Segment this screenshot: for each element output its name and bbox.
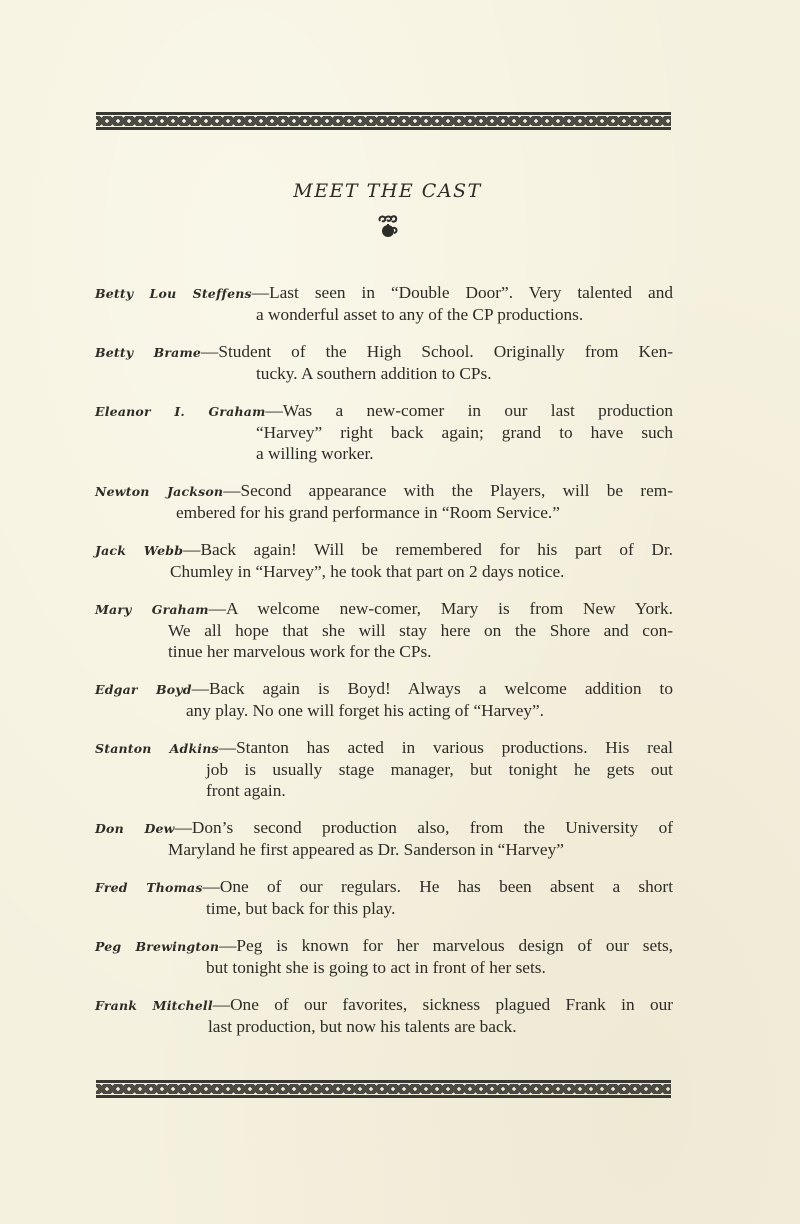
cast-entry-continuation-line: Maryland he first appeared as Dr. Sander… — [95, 839, 673, 860]
cast-member-description: Last seen in “Double Door”. Very talente… — [269, 283, 673, 302]
cast-list: Betty Lou Steffens—Last seen in “Double … — [95, 282, 673, 1053]
cast-member-description: a wonderful asset to any of the CP produ… — [256, 305, 583, 324]
cast-member-description: any play. No one will forget his acting … — [186, 701, 544, 720]
cast-entry: Frank Mitchell—One of our favorites, sic… — [95, 994, 673, 1037]
cast-entry-continuation-line: any play. No one will forget his acting … — [95, 700, 673, 721]
em-dash-separator: — — [266, 401, 283, 420]
cast-entry: Don Dew—Don’s second production also, fr… — [95, 817, 673, 860]
cast-member-name: Eleanor I. Graham — [95, 404, 266, 419]
cast-entry-first-line: Newton Jackson—Second appearance with th… — [95, 480, 673, 502]
cast-entry: Eleanor I. Graham—Was a new-comer in our… — [95, 400, 673, 464]
program-page: MEET THE CAST Betty Lou Steffens—Last se… — [0, 0, 800, 1224]
cast-member-name: Peg Brewington — [95, 939, 219, 954]
cast-member-description: Back again is Boyd! Always a welcome add… — [209, 679, 673, 698]
cast-entry: Mary Graham—A welcome new-comer, Mary is… — [95, 598, 673, 662]
top-decorative-border — [96, 112, 671, 130]
cast-entry-continuation-line: We all hope that she will stay here on t… — [95, 620, 673, 641]
cast-entry-first-line: Peg Brewington—Peg is known for her marv… — [95, 935, 673, 957]
cast-entry-continuation-line: tinue her marvelous work for the CPs. — [95, 641, 673, 662]
cast-entry-first-line: Fred Thomas—One of our regulars. He has … — [95, 876, 673, 898]
cast-member-description: “Harvey” right back again; grand to have… — [256, 423, 673, 442]
cast-entry-continuation-line: job is usually stage manager, but tonigh… — [95, 759, 673, 780]
cast-member-description: Student of the High School. Originally f… — [218, 342, 673, 361]
cast-entry: Betty Brame—Student of the High School. … — [95, 341, 673, 384]
em-dash-separator: — — [219, 738, 236, 757]
diamond-chain-ornament-icon — [96, 1084, 671, 1094]
em-dash-separator: — — [219, 936, 236, 955]
cast-entry-continuation-line: front again. — [95, 780, 673, 801]
cast-member-description: Stanton has acted in various productions… — [236, 738, 673, 757]
cast-member-name: Betty Brame — [95, 345, 201, 360]
cast-member-description: Peg is known for her marvelous design of… — [236, 936, 673, 955]
cast-member-description: tucky. A southern addition to CPs. — [256, 364, 492, 383]
cast-member-description: job is usually stage manager, but tonigh… — [206, 760, 673, 779]
em-dash-separator: — — [201, 342, 218, 361]
cast-member-description: We all hope that she will stay here on t… — [168, 621, 673, 640]
cast-member-description: Chumley in “Harvey”, he took that part o… — [170, 562, 564, 581]
border-rule — [96, 1095, 671, 1098]
em-dash-separator: — — [252, 283, 269, 302]
cast-entry: Jack Webb—Back again! Will be remembered… — [95, 539, 673, 582]
cast-member-description: front again. — [206, 781, 286, 800]
cast-entry-first-line: Betty Brame—Student of the High School. … — [95, 341, 673, 363]
cast-member-description: a willing worker. — [256, 444, 374, 463]
cast-member-description: One of our favorites, sickness plagued F… — [230, 995, 673, 1014]
cast-member-description: time, but back for this play. — [206, 899, 395, 918]
cast-member-name: Fred Thomas — [95, 880, 203, 895]
cast-member-description: Was a new-comer in our last production — [283, 401, 673, 420]
cast-entry-continuation-line: Chumley in “Harvey”, he took that part o… — [95, 561, 673, 582]
cast-entry: Fred Thomas—One of our regulars. He has … — [95, 876, 673, 919]
em-dash-separator: — — [223, 481, 240, 500]
cast-entry: Edgar Boyd—Back again is Boyd! Always a … — [95, 678, 673, 721]
cast-entry-first-line: Don Dew—Don’s second production also, fr… — [95, 817, 673, 839]
cast-member-name: Edgar Boyd — [95, 682, 192, 697]
bottom-decorative-border — [96, 1080, 671, 1098]
cast-entry-continuation-line: a wonderful asset to any of the CP produ… — [95, 304, 673, 325]
cast-member-description: Maryland he first appeared as Dr. Sander… — [168, 840, 564, 859]
cast-member-description: but tonight she is going to act in front… — [206, 958, 546, 977]
cast-entry-first-line: Mary Graham—A welcome new-comer, Mary is… — [95, 598, 673, 620]
em-dash-separator: — — [183, 540, 200, 559]
cast-entry-continuation-line: embered for his grand performance in “Ro… — [95, 502, 673, 523]
cast-member-name: Frank Mitchell — [95, 998, 213, 1013]
cast-entry-first-line: Eleanor I. Graham—Was a new-comer in our… — [95, 400, 673, 422]
cast-entry-first-line: Jack Webb—Back again! Will be remembered… — [95, 539, 673, 561]
em-dash-separator: — — [203, 877, 220, 896]
cast-member-name: Don Dew — [95, 821, 175, 836]
em-dash-separator: — — [192, 679, 209, 698]
cast-entry-first-line: Betty Lou Steffens—Last seen in “Double … — [95, 282, 673, 304]
em-dash-separator: — — [213, 995, 230, 1014]
cast-entry-continuation-line: a willing worker. — [95, 443, 673, 464]
cast-entry-continuation-line: last production, but now his talents are… — [95, 1016, 673, 1037]
border-rule — [96, 1080, 671, 1083]
cast-entry: Stanton Adkins—Stanton has acted in vari… — [95, 737, 673, 801]
cast-member-description: embered for his grand performance in “Ro… — [176, 503, 560, 522]
cast-member-description: One of our regulars. He has been absent … — [220, 877, 673, 896]
cast-member-description: Second appearance with the Players, will… — [241, 481, 673, 500]
cast-entry-continuation-line: time, but back for this play. — [95, 898, 673, 919]
cast-member-description: A welcome new-comer, Mary is from New Yo… — [226, 599, 673, 618]
cast-entry-continuation-line: tucky. A southern addition to CPs. — [95, 363, 673, 384]
em-dash-separator: — — [209, 599, 226, 618]
cast-member-description: last production, but now his talents are… — [208, 1017, 517, 1036]
border-rule — [96, 127, 671, 130]
page-title: MEET THE CAST — [0, 180, 775, 202]
cast-member-name: Newton Jackson — [95, 484, 223, 499]
cast-member-description: tinue her marvelous work for the CPs. — [168, 642, 432, 661]
cast-member-description: Back again! Will be remembered for his p… — [200, 540, 673, 559]
cast-member-name: Stanton Adkins — [95, 741, 219, 756]
cast-member-name: Mary Graham — [95, 602, 209, 617]
border-rule — [96, 112, 671, 115]
fleuron-svg-icon — [376, 214, 400, 240]
cast-entry: Newton Jackson—Second appearance with th… — [95, 480, 673, 523]
cast-entry-continuation-line: but tonight she is going to act in front… — [95, 957, 673, 978]
cast-member-name: Jack Webb — [95, 543, 183, 558]
cast-entry: Peg Brewington—Peg is known for her marv… — [95, 935, 673, 978]
cast-entry-first-line: Frank Mitchell—One of our favorites, sic… — [95, 994, 673, 1016]
fleuron-ornament-icon — [0, 214, 775, 247]
cast-entry-first-line: Stanton Adkins—Stanton has acted in vari… — [95, 737, 673, 759]
diamond-chain-ornament-icon — [96, 116, 671, 126]
cast-entry-first-line: Edgar Boyd—Back again is Boyd! Always a … — [95, 678, 673, 700]
cast-member-name: Betty Lou Steffens — [95, 286, 252, 301]
em-dash-separator: — — [175, 818, 192, 837]
cast-entry: Betty Lou Steffens—Last seen in “Double … — [95, 282, 673, 325]
cast-entry-continuation-line: “Harvey” right back again; grand to have… — [95, 422, 673, 443]
cast-member-description: Don’s second production also, from the U… — [192, 818, 673, 837]
